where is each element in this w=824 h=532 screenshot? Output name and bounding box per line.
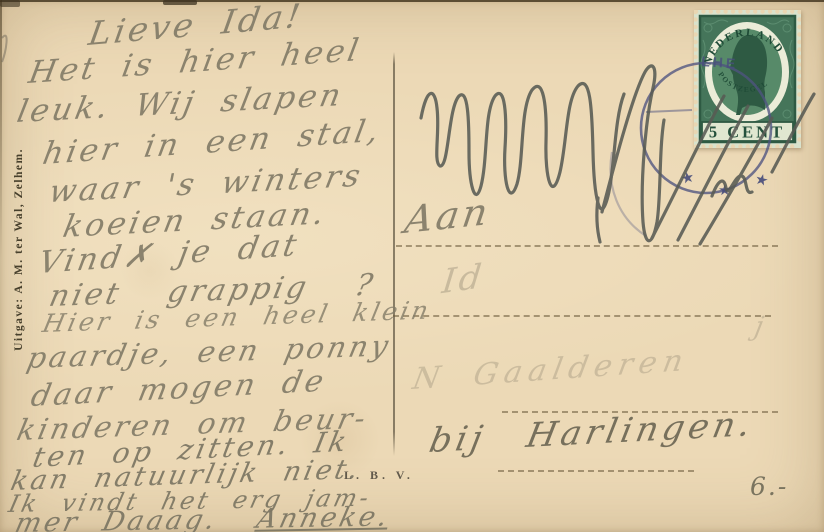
postmark-date-bridge	[646, 110, 692, 112]
address-recipient-faint: Id	[440, 257, 487, 302]
scan-edge-top	[0, 0, 824, 2]
address-rule-4	[498, 470, 694, 472]
postmark-second-strike	[610, 152, 646, 236]
address-rule-1	[396, 245, 778, 247]
address-place-faint: N Gaalderen	[410, 343, 692, 397]
stamp-denomination: 5 CENT	[709, 123, 785, 142]
postmark-stars: ★ ★ ★	[679, 168, 770, 199]
pencil-scribble-zigzag	[421, 83, 624, 209]
postmark-star-icon: ★	[753, 169, 770, 190]
center-divider-line	[393, 52, 395, 456]
pencil-squiggle-ny	[712, 176, 752, 196]
address-aan: Aan	[402, 190, 494, 242]
message-closing: mer Daaag.	[12, 504, 221, 532]
postmark-star-icon: ★	[718, 181, 731, 199]
address-rule-2	[393, 315, 771, 317]
postmark-star-icon: ★	[679, 168, 696, 188]
postcard-back: Uitgave: A. M. ter Wal, Zelhem. L. B. V.…	[0, 0, 824, 532]
edge-pencil-mark	[2, 36, 7, 62]
signature: Anneke.	[253, 502, 393, 532]
postage-stamp: NEDERLAND POSTZEGEL 5 CENT	[694, 10, 801, 148]
address-place: bij Harlingen.	[426, 404, 758, 461]
publisher-imprint: Uitgave: A. M. ter Wal, Zelhem.	[13, 148, 25, 351]
scan-edge-artifact	[0, 0, 20, 7]
price-note: 6.-	[750, 472, 788, 501]
scan-edge-left	[0, 0, 2, 260]
scan-edge-artifact	[163, 0, 197, 5]
pencil-scribble-loop	[602, 66, 664, 241]
pencil-tick	[597, 198, 600, 242]
